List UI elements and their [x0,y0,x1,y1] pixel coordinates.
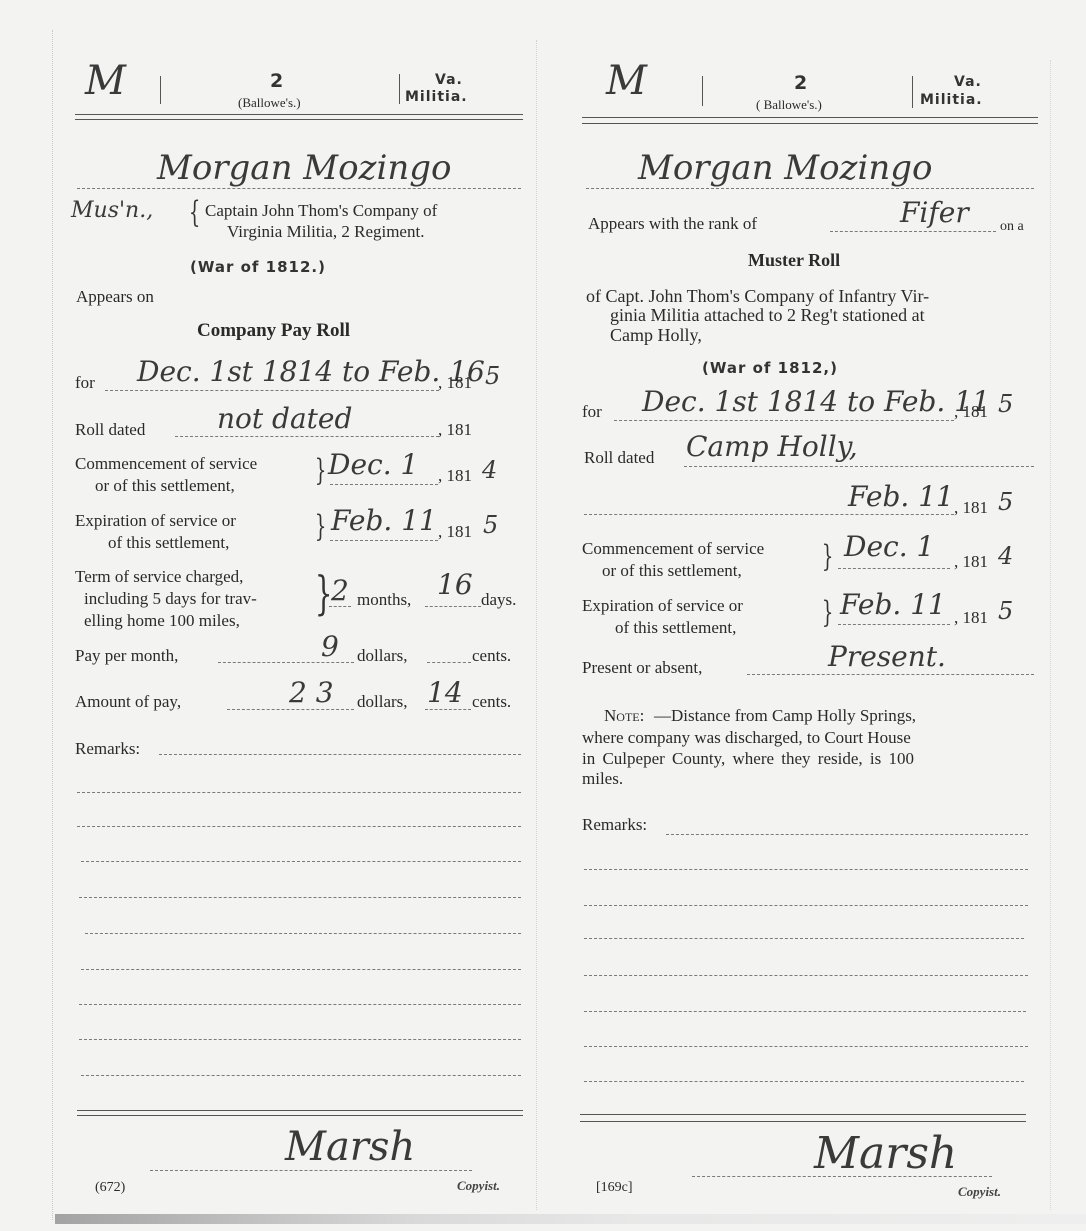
commencement-label-2: or of this settlement, [602,561,742,581]
present-label: Present or absent, [582,658,702,678]
remarks-label: Remarks: [582,815,647,835]
commencement-label-1: Commencement of service [582,539,764,559]
remarks-line [584,938,1024,939]
for-line [614,420,954,421]
commencement-line [838,568,950,569]
war-label: (War of 1812.) [190,258,326,276]
expiration-label-1: Expiration of service or [582,596,743,616]
appears-on-label: Appears on [76,287,154,307]
roll-dated-value: not dated [217,402,352,435]
rank-abbrev: Mus'n., [71,198,153,223]
for-year-prefix: , 181 [438,373,472,393]
present-line [747,674,1034,675]
expiration-value: Feb. 11 [840,588,946,621]
roll-type: Company Pay Roll [197,320,350,342]
rank-suffix: on a [1000,219,1024,235]
months-label: months, [357,590,411,610]
commencement-year-prefix: , 181 [954,552,988,572]
note-line-4: miles. [582,769,623,789]
copyist-signature: Marsh [814,1128,957,1179]
brace: } [315,570,333,616]
expiration-label-2: of this settlement, [615,618,736,638]
rank-prefix: Appears with the rank of [588,214,757,234]
brace: } [822,542,833,572]
card-number: [169c] [596,1180,633,1196]
brace: } [315,512,326,542]
header-divider [912,76,913,108]
paper-edge [1050,60,1051,1210]
regiment-name: ( Ballowe's.) [756,97,822,113]
expiration-year-digit: 5 [483,511,498,539]
brace: } [315,456,326,486]
roll-dated-year-digit: 5 [998,488,1013,516]
dollars-label: dollars, [357,646,408,666]
roll-dated-label: Roll dated [584,448,654,468]
for-value: Dec. 1st 1814 to Feb. 11 [642,385,990,418]
pay-per-month-label: Pay per month, [75,646,178,666]
remarks-line [584,905,1028,906]
remarks-line [81,861,521,862]
remarks-line [584,1081,1024,1082]
copyist-line [150,1170,472,1171]
for-year-prefix: , 181 [954,402,988,422]
amount-cents: 14 [427,676,463,709]
commencement-year-prefix: , 181 [438,466,472,486]
expiration-value: Feb. 11 [331,504,437,537]
note-label: Note: [604,706,644,726]
roll-type: Muster Roll [748,250,840,271]
note-line-1: —Distance from Camp Holly Springs, [654,706,916,726]
paper-divider [536,40,537,1210]
term-label-1: Term of service charged, [75,567,243,587]
company-line-1: Captain John Thom's Company of [205,201,437,221]
present-value: Present. [828,640,946,673]
remarks-line [81,969,521,970]
note-line-2: where company was discharged, to Court H… [582,728,911,748]
company-line-2: Virginia Militia, 2 Regiment. [227,222,424,242]
roll-dated-line-2 [584,514,954,515]
remarks-line [584,975,1028,976]
for-value: Dec. 1st 1814 to Feb. 16 [137,355,485,388]
company-line-3: Camp Holly, [610,325,702,346]
for-year-digit: 5 [485,362,500,390]
term-months: 2 [331,574,349,607]
roll-dated-year-prefix: , 181 [954,498,988,518]
remarks-line [79,897,521,898]
days-line [425,606,481,607]
for-label: for [582,402,602,422]
commencement-year-digit: 4 [482,456,497,484]
expiration-year-prefix: , 181 [438,522,472,542]
company-line-2: ginia Militia attached to 2 Reg't statio… [610,305,925,326]
header-divider [399,74,400,104]
remarks-line [159,754,521,755]
header-rule [75,114,523,115]
amount-line [227,709,354,710]
remarks-line [81,1075,521,1076]
expiration-line [330,540,438,541]
footer-rule [77,1110,523,1111]
commencement-value: Dec. 1 [328,448,418,481]
remarks-line [77,826,521,827]
remarks-line [666,834,1028,835]
footer-rule [580,1121,1026,1122]
term-label-2: including 5 days for trav- [84,589,257,609]
for-label: for [75,373,95,393]
state-label: Va. [435,72,463,88]
soldier-name: Morgan Mozingo [157,148,451,188]
remarks-line [584,1011,1026,1012]
name-line [77,188,521,189]
remarks-label: Remarks: [75,739,140,759]
brace: } [822,598,833,628]
cents-line [425,709,471,710]
expiration-year-prefix: , 181 [954,608,988,628]
remarks-line [85,933,521,934]
copyist-label: Copyist. [958,1184,1001,1200]
roll-dated-date: Feb. 11 [848,480,954,513]
pay-per-month-dollars: 9 [321,630,339,663]
commencement-label-1: Commencement of service [75,454,257,474]
copyist-signature: Marsh [285,1124,415,1170]
remarks-line [584,1046,1028,1047]
for-year-digit: 5 [998,390,1013,418]
expiration-year-digit: 5 [998,597,1013,625]
days-label: days. [481,590,516,610]
remarks-line [79,1004,521,1005]
scan-shadow-strip [55,1214,1086,1224]
roll-dated-label: Roll dated [75,420,145,440]
amount-label: Amount of pay, [75,692,181,712]
roll-dated-place: Camp Holly, [686,430,858,463]
term-days: 16 [437,568,473,601]
remarks-line [77,792,521,793]
paper-edge [52,30,53,1220]
dollars-label: dollars, [357,692,408,712]
expiration-label-2: of this settlement, [108,533,229,553]
remarks-line [79,1039,521,1040]
header-rule [75,119,523,120]
header-rule [582,117,1038,118]
regiment-number: 2 [794,72,808,94]
roll-dated-year: , 181 [438,420,472,440]
war-label: (War of 1812,) [702,359,838,377]
card-number: (672) [95,1180,125,1196]
company-line-1: of Capt. John Thom's Company of Infantry… [586,286,929,307]
commencement-value: Dec. 1 [844,530,934,563]
index-initial: M [85,58,126,104]
footer-rule [580,1114,1026,1115]
commencement-label-2: or of this settlement, [95,476,235,496]
commencement-line [330,484,438,485]
for-line [105,390,439,391]
unit-type-label: Militia. [405,89,468,105]
term-label-3: elling home 100 miles, [84,611,240,631]
brace: { [189,198,200,228]
cents-label: cents. [472,646,511,666]
unit-type-label: Militia. [920,92,983,108]
regiment-name: (Ballowe's.) [238,95,301,111]
soldier-name: Morgan Mozingo [638,148,932,188]
header-divider [702,76,703,106]
commencement-year-digit: 4 [998,542,1013,570]
index-initial: M [606,58,647,104]
expiration-line [838,624,950,625]
regiment-number: 2 [270,70,284,92]
roll-dated-line [175,436,439,437]
cents-line [427,662,471,663]
copyist-label: Copyist. [457,1178,500,1194]
footer-rule [77,1115,523,1116]
rank-line [830,231,996,232]
roll-dated-line [684,466,1034,467]
remarks-line [584,869,1028,870]
state-label: Va. [954,74,982,90]
amount-dollars: 2 3 [289,676,334,709]
expiration-label-1: Expiration of service or [75,511,236,531]
rank-value: Fifer [900,196,969,229]
name-line [586,188,1034,189]
cents-label: cents. [472,692,511,712]
header-rule [582,123,1038,124]
header-divider [160,76,161,104]
note-line-3: in Culpeper County, where they reside, i… [582,749,914,769]
